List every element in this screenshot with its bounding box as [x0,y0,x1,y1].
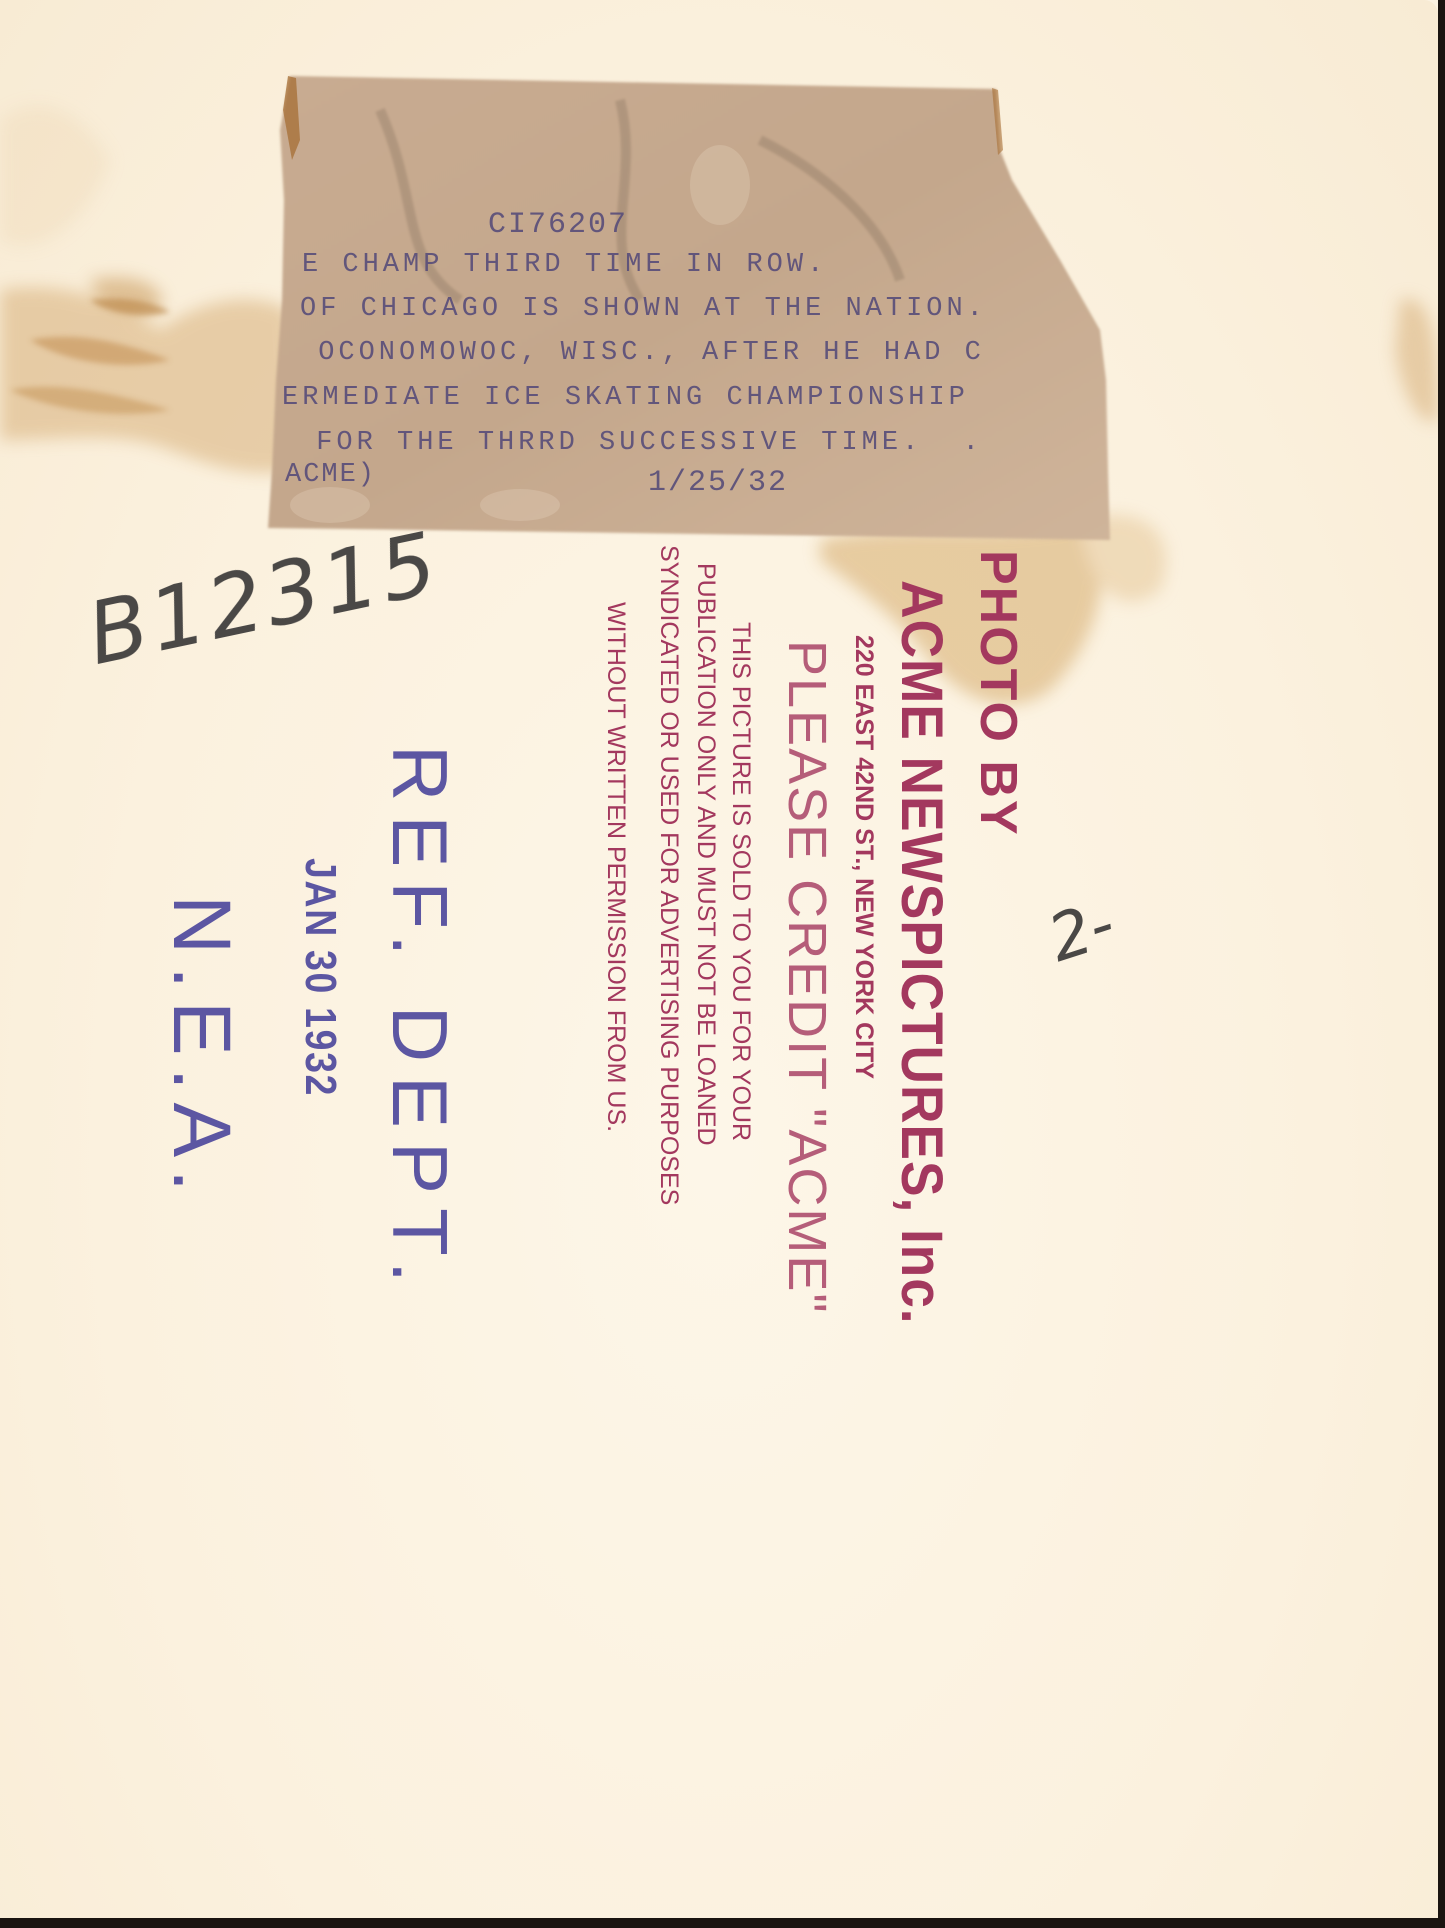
ref-dept-date: JAN 30 1932 [295,858,345,1097]
slip-caption-line: OCONOMOWOC, WISC., AFTER HE HAD C [298,340,985,367]
acme-terms-line: SYNDICATED OR USED FOR ADVERTISING PURPO… [654,545,683,1205]
ref-dept-stamp: REF. DEPT. [374,745,465,1297]
scan-edge-right [1438,0,1445,1928]
acme-terms-line: THIS PICTURE IS SOLD TO YOU FOR YOUR [726,622,755,1141]
acme-terms-line: WITHOUT WRITTEN PERMISSION FROM US. [601,602,630,1132]
nea-stamp: N.E.A. [154,895,248,1204]
slip-date: 1/25/32 [648,468,788,498]
slip-caption-line: OF CHICAGO IS SHOWN AT THE NATION. [300,296,987,323]
acme-credit-line: PLEASE CREDIT "ACME" [776,640,838,1315]
acme-company-name: ACME NEWSPICTURES, Inc. [888,580,955,1325]
slip-caption-line: ERMEDIATE ICE SKATING CHAMPIONSHIP [282,385,969,412]
slip-photo-id: CI76207 [488,210,628,240]
scan-edge-bottom [0,1918,1445,1928]
acme-address: 220 EAST 42ND ST., NEW YORK CITY [849,635,878,1079]
slip-caption-line: E CHAMP THIRD TIME IN ROW. [302,252,827,279]
slip-caption-line: FOR THE THRRD SUCCESSIVE TIME. . [296,430,983,457]
slip-credit: ACME) [285,462,376,489]
acme-photo-by: PHOTO BY [968,550,1028,837]
acme-terms-line: PUBLICATION ONLY AND MUST NOT BE LOANED [691,563,720,1146]
